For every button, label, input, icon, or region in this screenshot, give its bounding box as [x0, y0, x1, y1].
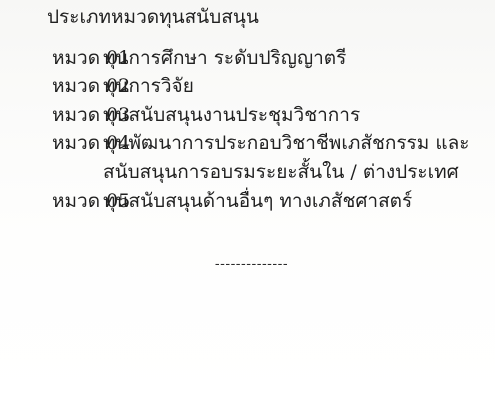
page-title: ประเภทหมวดทุนสนับสนุน — [47, 5, 259, 29]
category-text: ทุนการวิจัย — [103, 74, 194, 98]
category-text: ทุนสนับสนุนด้านอื่นๆ ทางเภสัชศาสตร์ — [103, 189, 412, 213]
document-page: ประเภทหมวดทุนสนับสนุน หมวด 01 ทุนการศึกษ… — [0, 0, 495, 400]
category-text: ทุนสนับสนุนงานประชุมวิชาการ — [103, 103, 360, 127]
category-text: ทุนพัฒนาการประกอบวิชาชีพเภสัชกรรม และ — [103, 131, 469, 155]
category-text-continued: สนับสนุนการอบรมระยะสั้นใน / ต่างประเทศ — [103, 160, 459, 184]
category-text: ทุนการศึกษา ระดับปริญญาตรี — [103, 46, 346, 70]
separator-dashes: -------------- — [0, 256, 495, 272]
